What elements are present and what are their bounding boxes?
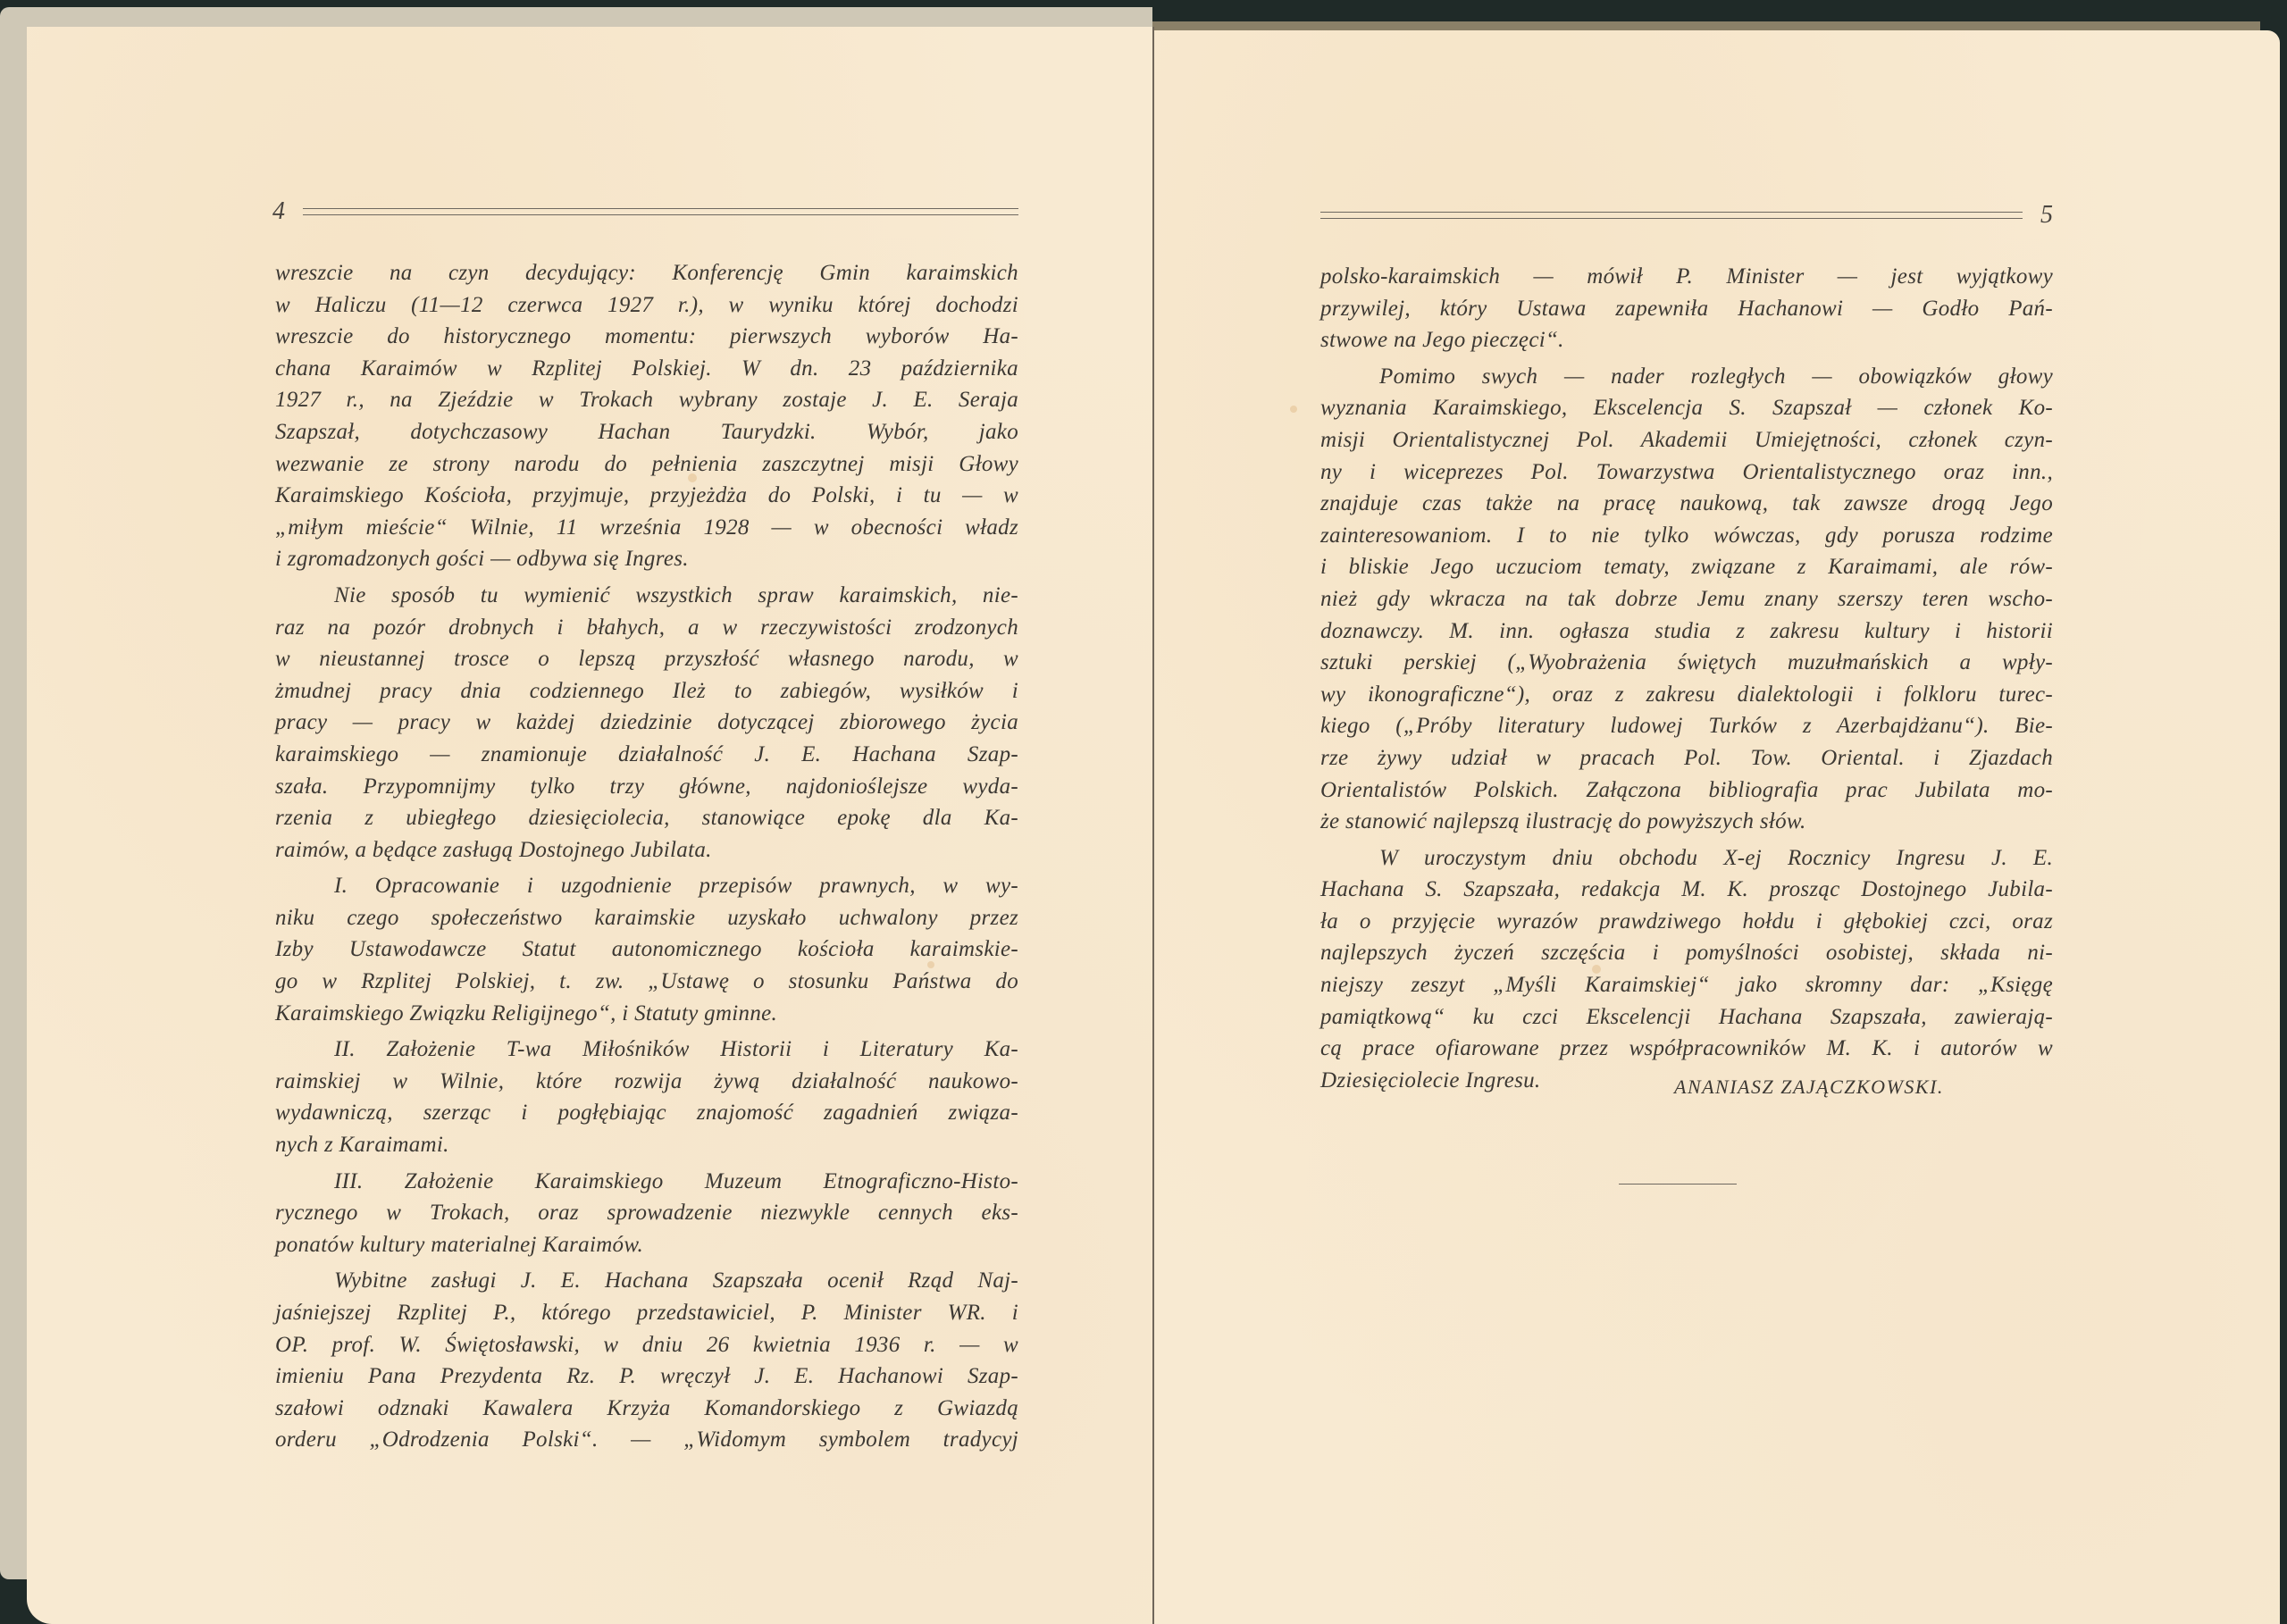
text-line: doznawczy. M. inn. ogłasza studia z zakr…	[1320, 615, 2053, 648]
text-line: niku czego społeczeństwo karaimskie uzys…	[275, 902, 1018, 934]
text-line: cą prace ofiarowane przez współpracownik…	[1320, 1033, 2053, 1065]
page-number: 5	[2040, 201, 2053, 230]
header-double-rule	[1320, 212, 2023, 219]
list-item-II: II. Założenie T-wa Miłośników Historii i…	[275, 1034, 1018, 1066]
text-line: nież gdy wkracza na tak dobrze Jemu znan…	[1320, 583, 2053, 615]
list-item-I: I. Opracowanie i uzgodnienie przepisów p…	[275, 870, 1018, 902]
page-header: 5	[1320, 202, 2053, 229]
text-line: w Haliczu (11—12 czerwca 1927 r.), w wyn…	[275, 289, 1018, 322]
text-line: ny i wiceprezes Pol. Towarzystwa Orienta…	[1320, 456, 2053, 489]
text-line: najlepszych życzeń szczęścia i pomyślnoś…	[1320, 937, 2053, 969]
list-item-III: III. Założenie Karaimskiego Muzeum Etnog…	[275, 1166, 1018, 1198]
text-line: misji Orientalistycznej Pol. Akademii Um…	[1320, 424, 2053, 456]
text-line: Hachana S. Szapszała, redakcja M. K. pro…	[1320, 874, 2053, 906]
text-line: Karaimskiego Związku Religijnego“, i Sta…	[275, 998, 1018, 1030]
text-line: chana Karaimów w Rzplitej Polskiej. W dn…	[275, 353, 1018, 385]
text-line: szała. Przypomnijmy tylko trzy główne, n…	[275, 771, 1018, 803]
text-line: szałowi odznaki Kawalera Krzyża Komandor…	[275, 1393, 1018, 1425]
text-line: że stanowić najlepszą ilustrację do powy…	[1320, 806, 2053, 838]
text-line: OP. prof. W. Świętosławski, w dniu 26 kw…	[275, 1329, 1018, 1361]
text-line: wreszcie do historycznego momentu: pierw…	[275, 321, 1018, 353]
text-line: orderu „Odrodzenia Polski“. — „Widomym s…	[275, 1424, 1018, 1456]
text-line: niejszy zeszyt „Myśli Karaimskiej“ jako …	[1320, 969, 2053, 1001]
author-signature: ANANIASZ ZAJĄCZKOWSKI.	[1674, 1076, 1944, 1099]
text-line: i bliskie Jego uczuciom tematy, związane…	[1320, 551, 2053, 583]
page-header: 4	[272, 198, 1018, 225]
text-line: go w Rzplitej Polskiej, t. zw. „Ustawę o…	[275, 966, 1018, 998]
text-line: rycznego w Trokach, oraz sprowadzenie ni…	[275, 1197, 1018, 1229]
text-line: żmudnej pracy dnia codziennego Ileż to z…	[275, 675, 1018, 707]
text-line: i zgromadzonych gości — odbywa się Ingre…	[275, 543, 1018, 575]
text-line: karaimskiego — znamionuje działalność J.…	[275, 739, 1018, 771]
page-number: 4	[272, 197, 285, 226]
text-line: w nieustannej trosce o lepszą przyszłość…	[275, 643, 1018, 675]
text-line: wezwanie ze strony narodu do pełnienia z…	[275, 448, 1018, 481]
text-line: pracy — pracy w każdej dziedzinie dotycz…	[275, 707, 1018, 739]
text-line: wyznania Karaimskiego, Ekscelencja S. Sz…	[1320, 392, 2053, 424]
header-double-rule	[303, 208, 1018, 215]
paragraph-start: Wybitne zasługi J. E. Hachana Szapszała …	[275, 1265, 1018, 1297]
text-line: Karaimskiego Kościoła, przyjmuje, przyje…	[275, 480, 1018, 512]
text-line: rze żywy udział w pracach Pol. Tow. Orie…	[1320, 742, 2053, 774]
text-line: pamiątkową“ ku czci Ekscelencji Hachana …	[1320, 1001, 2053, 1034]
text-line: „miłym mieście“ Wilnie, 11 września 1928…	[275, 512, 1018, 544]
text-line: ła o przyjęcie wyrazów prawdziwego hołdu…	[1320, 906, 2053, 938]
text-line: Szapszał, dotychczasowy Hachan Taurydzki…	[275, 416, 1018, 448]
text-line: Izby Ustawodawcze Statut autonomicznego …	[275, 933, 1018, 966]
text-line: znajduje czas także na pracę naukową, ta…	[1320, 488, 2053, 520]
left-page: 4 wreszcie na czyn decydujący: Konferenc…	[27, 27, 1154, 1624]
text-line: polsko-karaimskich — mówił P. Minister —…	[1320, 261, 2053, 293]
text-line: 1927 r., na Zjeździe w Trokach wybrany z…	[275, 384, 1018, 416]
text-line: ponatów kultury materialnej Karaimów.	[275, 1229, 1018, 1261]
text-line: raimów, a będące zasługą Dostojnego Jubi…	[275, 834, 1018, 866]
text-line: wydawniczą, szerząc i pogłębiając znajom…	[275, 1097, 1018, 1129]
text-line: wreszcie na czyn decydujący: Konferencję…	[275, 257, 1018, 289]
paragraph-start: Pomimo swych — nader rozległych — obowią…	[1320, 361, 2053, 393]
text-line: rzenia z ubiegłego dziesięciolecia, stan…	[275, 802, 1018, 834]
end-divider	[1619, 1184, 1737, 1185]
text-line: wy ikonograficzne“), oraz z zakresu dial…	[1320, 679, 2053, 711]
text-line: jaśniejszej Rzplitej P., którego przedst…	[275, 1297, 1018, 1329]
paragraph-start: W uroczystym dniu obchodu X-ej Rocznicy …	[1320, 842, 2053, 875]
text-line: imieniu Pana Prezydenta Rz. P. wręczył J…	[275, 1360, 1018, 1393]
right-page: 5 polsko-karaimskich — mówił P. Minister…	[1154, 30, 2280, 1624]
text-line: kiego („Próby literatury ludowej Turków …	[1320, 710, 2053, 742]
page-body-text: polsko-karaimskich — mówił P. Minister —…	[1320, 261, 2053, 1096]
text-line: Orientalistów Polskich. Załączona biblio…	[1320, 774, 2053, 807]
text-line: zainteresowaniom. I to nie tylko wówczas…	[1320, 520, 2053, 552]
text-line: raz na pozór drobnych i błahych, a w rze…	[275, 612, 1018, 644]
text-line: sztuki perskiej („Wyobrażenia świętych m…	[1320, 647, 2053, 679]
paragraph-start: Nie sposób tu wymienić wszystkich spraw …	[275, 580, 1018, 612]
page-body-text: wreszcie na czyn decydujący: Konferencję…	[275, 257, 1018, 1456]
paper-stain	[1290, 406, 1297, 413]
text-line: przywilej, który Ustawa zapewniła Hachan…	[1320, 293, 2053, 325]
text-line: stwowe na Jego pieczęci“.	[1320, 324, 2053, 356]
text-line: nych z Karaimami.	[275, 1129, 1018, 1161]
text-line: raimskiej w Wilnie, które rozwija żywą d…	[275, 1066, 1018, 1098]
